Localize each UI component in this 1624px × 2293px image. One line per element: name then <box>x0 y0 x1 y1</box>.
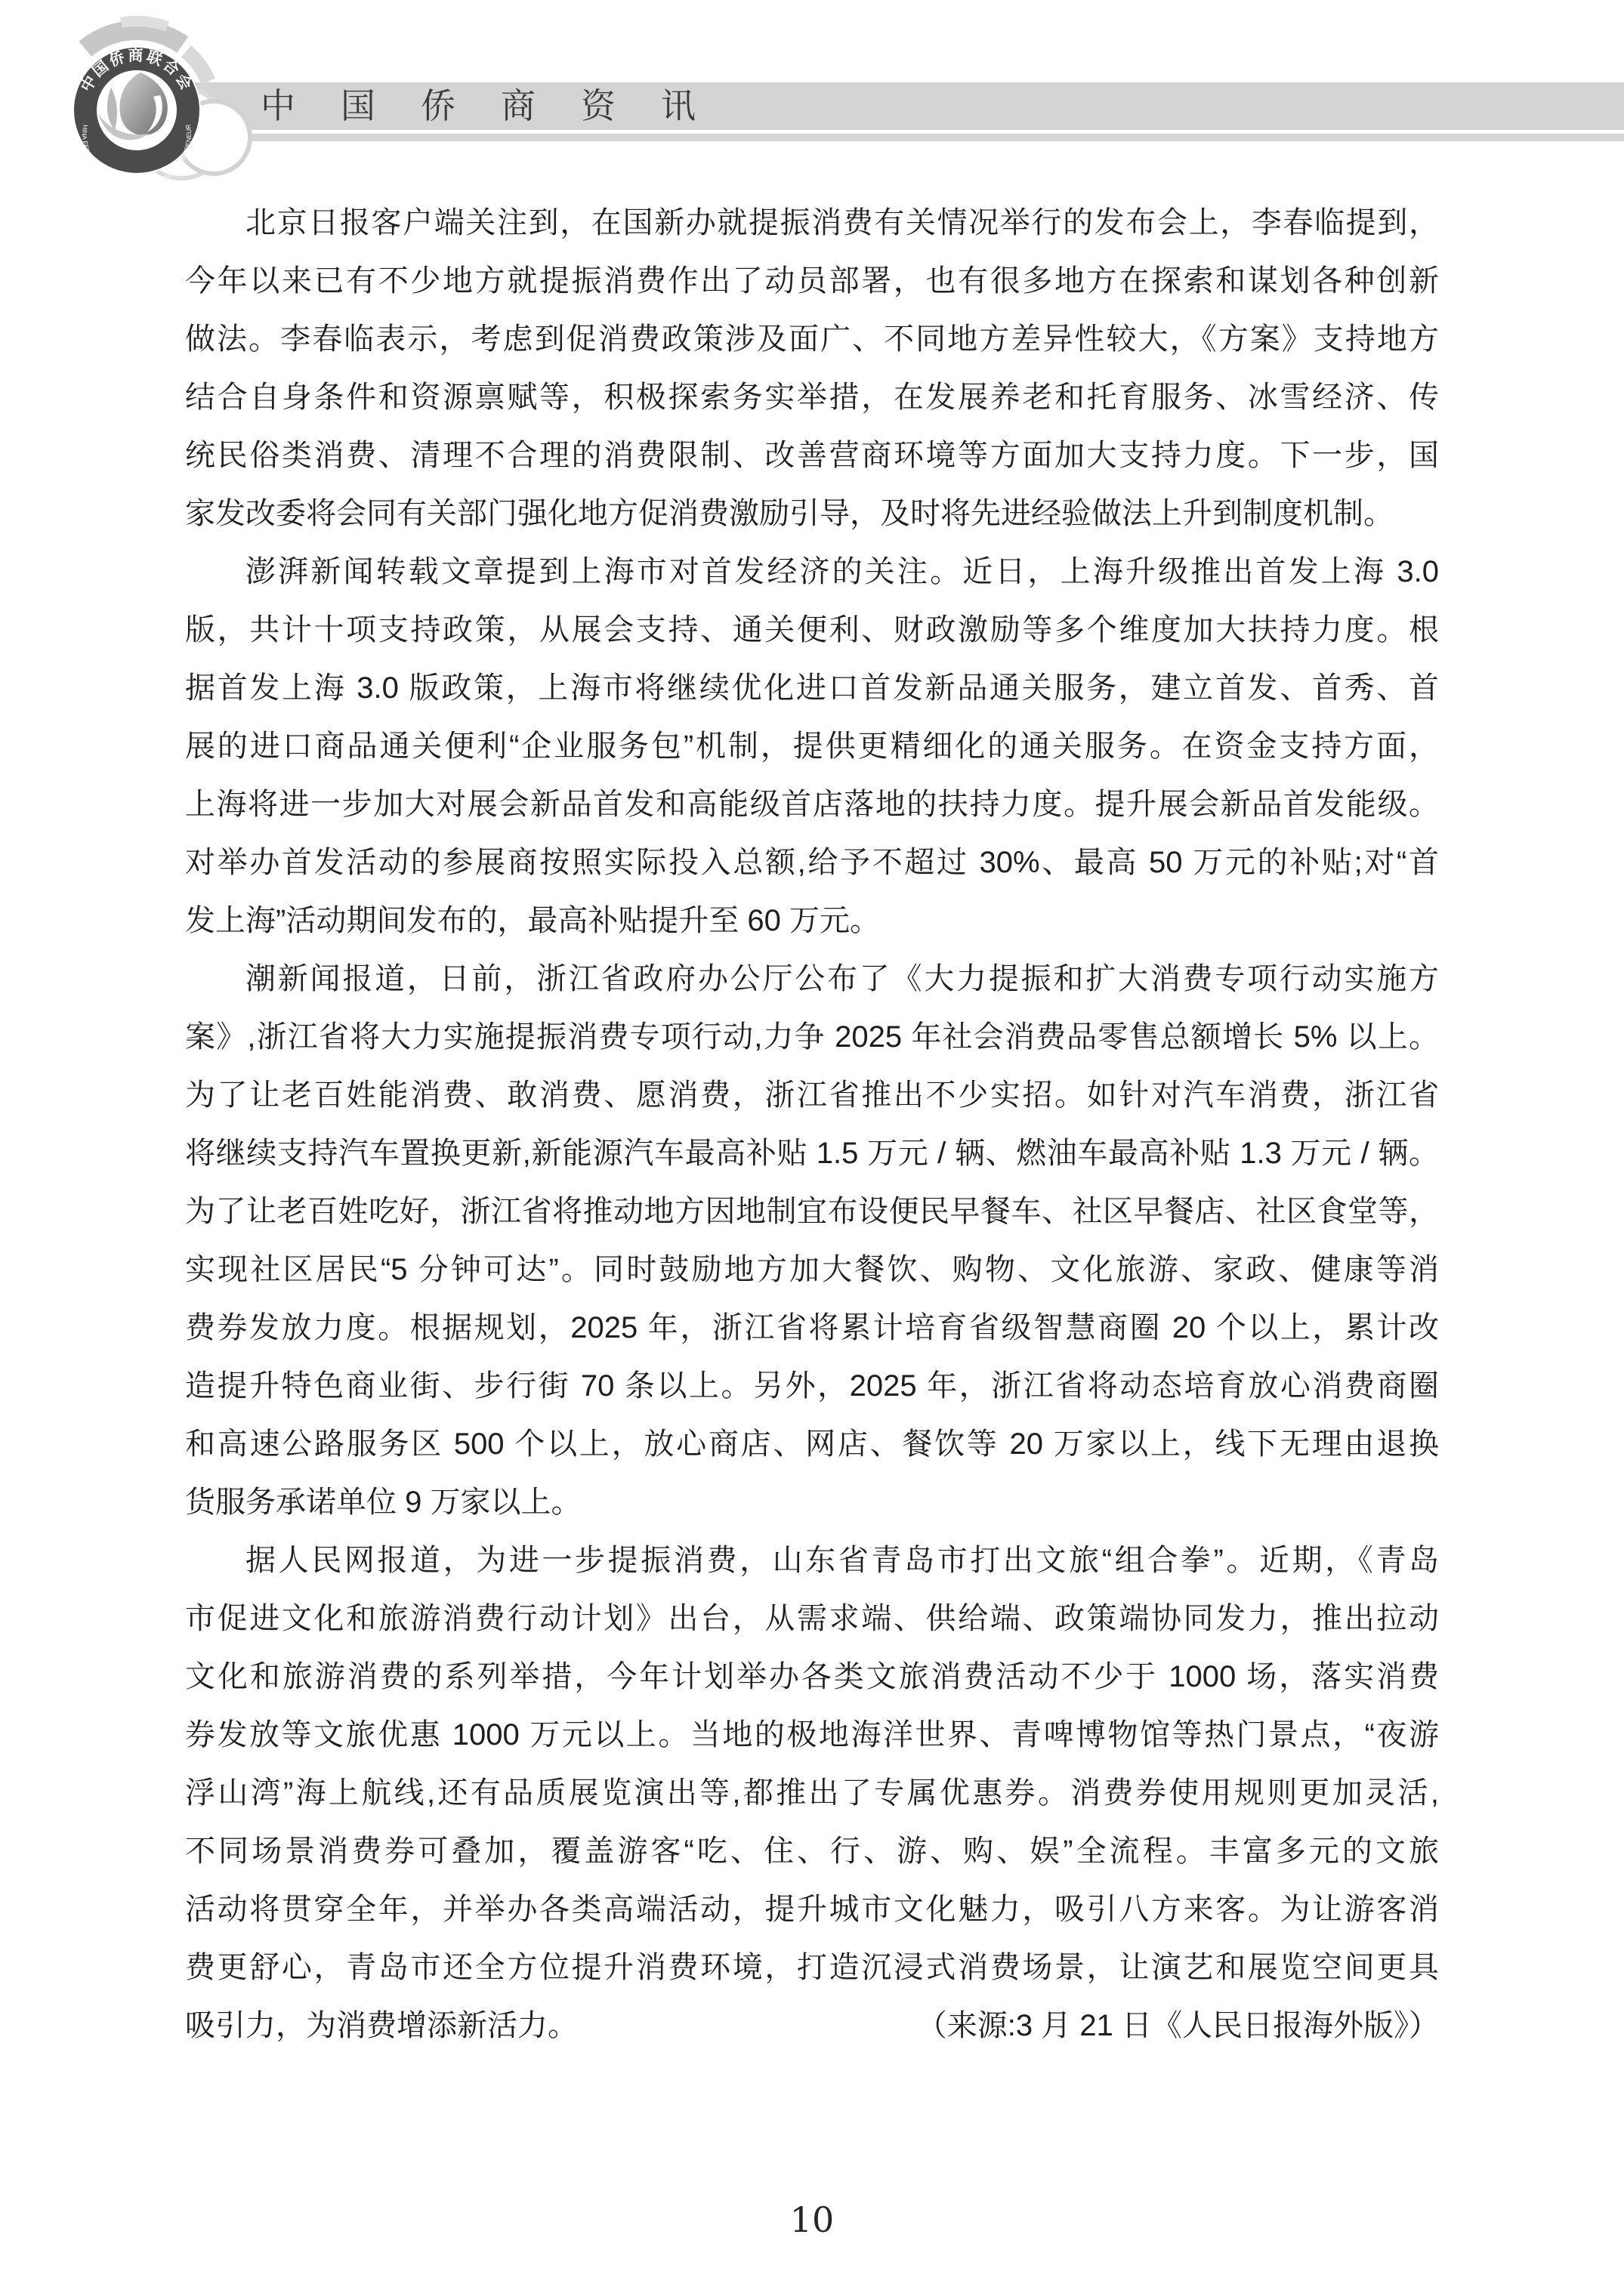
text-line: 据人民网报道，为进一步提振消费，山东省青岛市打出文旅“组合拳”。近期，《青岛 <box>185 1532 1439 1590</box>
text-line: 和高速公路服务区 500 个以上，放心商店、网店、餐饮等 20 万家以上，线下无… <box>185 1415 1439 1474</box>
text-line: 浮山湾”海上航线,还有品质展览演出等,都推出了专属优惠券。消费券使用规则更加灵活… <box>185 1764 1439 1822</box>
text-line: 券发放等文旅优惠 1000 万元以上。当地的极地海洋世界、青啤博物馆等热门景点，… <box>185 1706 1439 1764</box>
article-body: 北京日报客户端关注到，在国新办就提振消费有关情况举行的发布会上，李春临提到，今年… <box>185 194 1439 2055</box>
text-line: 发上海”活动期间发布的，最高补贴提升至 60 万元。 <box>185 892 1439 950</box>
text-line: 将继续支持汽车置换更新,新能源汽车最高补贴 1.5 万元 / 辆、燃油车最高补贴… <box>185 1125 1439 1183</box>
masthead-title: 中国侨商资讯 <box>261 82 741 130</box>
paragraph: 北京日报客户端关注到，在国新办就提振消费有关情况举行的发布会上，李春临提到，今年… <box>185 194 1439 543</box>
text-line: 造提升特色商业街、步行街 70 条以上。另外，2025 年，浙江省将动态培育放心… <box>185 1357 1439 1415</box>
paragraph: 据人民网报道，为进一步提振消费，山东省青岛市打出文旅“组合拳”。近期，《青岛市促… <box>185 1532 1439 2055</box>
text-line: 实现社区居民“5 分钟可达”。同时鼓励地方加大餐饮、购物、文化旅游、家政、健康等… <box>185 1241 1439 1299</box>
text-line: 对举办首发活动的参展商按照实际投入总额,给予不超过 30%、最高 50 万元的补… <box>185 834 1439 892</box>
text-line: 为了让老百姓吃好，浙江省将推动地方因地制宜布设便民早餐车、社区早餐店、社区食堂等… <box>185 1183 1439 1241</box>
text-line: 文化和旅游消费的系列举措，今年计划举办各类文旅消费活动不少于 1000 场，落实… <box>185 1648 1439 1706</box>
text-line: 市促进文化和旅游消费行动计划》出台，从需求端、供给端、政策端协同发力，推出拉动 <box>185 1590 1439 1648</box>
text-line: 结合自身条件和资源禀赋等，积极探索务实举措，在发展养老和托育服务、冰雪经济、传 <box>185 369 1439 427</box>
closing-text: 吸引力，为消费增添新活力。 <box>185 1997 578 2055</box>
closing-line: 吸引力，为消费增添新活力。（来源:3 月 21 日《人民日报海外版》） <box>185 1997 1439 2055</box>
text-line: 北京日报客户端关注到，在国新办就提振消费有关情况举行的发布会上，李春临提到， <box>185 194 1439 252</box>
text-line: 统民俗类消费、清理不合理的消费限制、改善营商环境等方面加大支持力度。下一步，国 <box>185 427 1439 485</box>
text-line: 澎湃新闻转载文章提到上海市对首发经济的关注。近日，上海升级推出首发上海 3.0 <box>185 543 1439 601</box>
text-line: 不同场景消费券可叠加，覆盖游客“吃、住、行、游、购、娱”全流程。丰富多元的文旅 <box>185 1822 1439 1881</box>
text-line: 潮新闻报道，日前，浙江省政府办公厅公布了《大力提振和扩大消费专项行动实施方 <box>185 950 1439 1008</box>
text-line: 展的进口商品通关便利“企业服务包”机制，提供更精细化的通关服务。在资金支持方面， <box>185 718 1439 776</box>
paragraph: 潮新闻报道，日前，浙江省政府办公厅公布了《大力提振和扩大消费专项行动实施方案》,… <box>185 950 1439 1532</box>
text-line: 案》,浙江省将大力实施提振消费专项行动,力争 2025 年社会消费品零售总额增长… <box>185 1008 1439 1066</box>
text-line: 今年以来已有不少地方就提振消费作出了动员部署，也有很多地方在探索和谋划各种创新 <box>185 252 1439 310</box>
text-line: 活动将贯穿全年，并举办各类高端活动，提升城市文化魅力，吸引八方来客。为让游客消 <box>185 1881 1439 1939</box>
magazine-page: 中国侨商资讯 中国侨商联合会 <box>0 0 1624 2293</box>
text-line: 版，共计十项支持政策，从展会支持、通关便利、财政激励等多个维度加大扶持力度。根 <box>185 601 1439 659</box>
page-number: 10 <box>0 2199 1624 2240</box>
text-line: 做法。李春临表示，考虑到促消费政策涉及面广、不同地方差异性较大，《方案》支持地方 <box>185 310 1439 369</box>
text-line: 费券发放力度。根据规划，2025 年，浙江省将累计培育省级智慧商圈 20 个以上… <box>185 1299 1439 1357</box>
text-line: 费更舒心，青岛市还全方位提升消费环境，打造沉浸式消费场景，让演艺和展览空间更具 <box>185 1939 1439 1997</box>
source-note: （来源:3 月 21 日《人民日报海外版》） <box>917 1997 1439 2055</box>
text-line: 据首发上海 3.0 版政策，上海市将继续优化进口首发新品通关服务，建立首发、首秀… <box>185 659 1439 718</box>
text-line: 上海将进一步加大对展会新品首发和高能级首店落地的扶持力度。提升展会新品首发能级。 <box>185 776 1439 834</box>
text-line: 货服务承诺单位 9 万家以上。 <box>185 1474 1439 1532</box>
text-line: 家发改委将会同有关部门强化地方促消费激励引导，及时将先进经验做法上升到制度机制。 <box>185 485 1439 543</box>
header-underline-bar <box>227 134 1624 141</box>
paragraph: 澎湃新闻转载文章提到上海市对首发经济的关注。近日，上海升级推出首发上海 3.0版… <box>185 543 1439 950</box>
text-line: 为了让老百姓能消费、敢消费、愿消费，浙江省推出不少实招。如针对汽车消费，浙江省 <box>185 1066 1439 1125</box>
